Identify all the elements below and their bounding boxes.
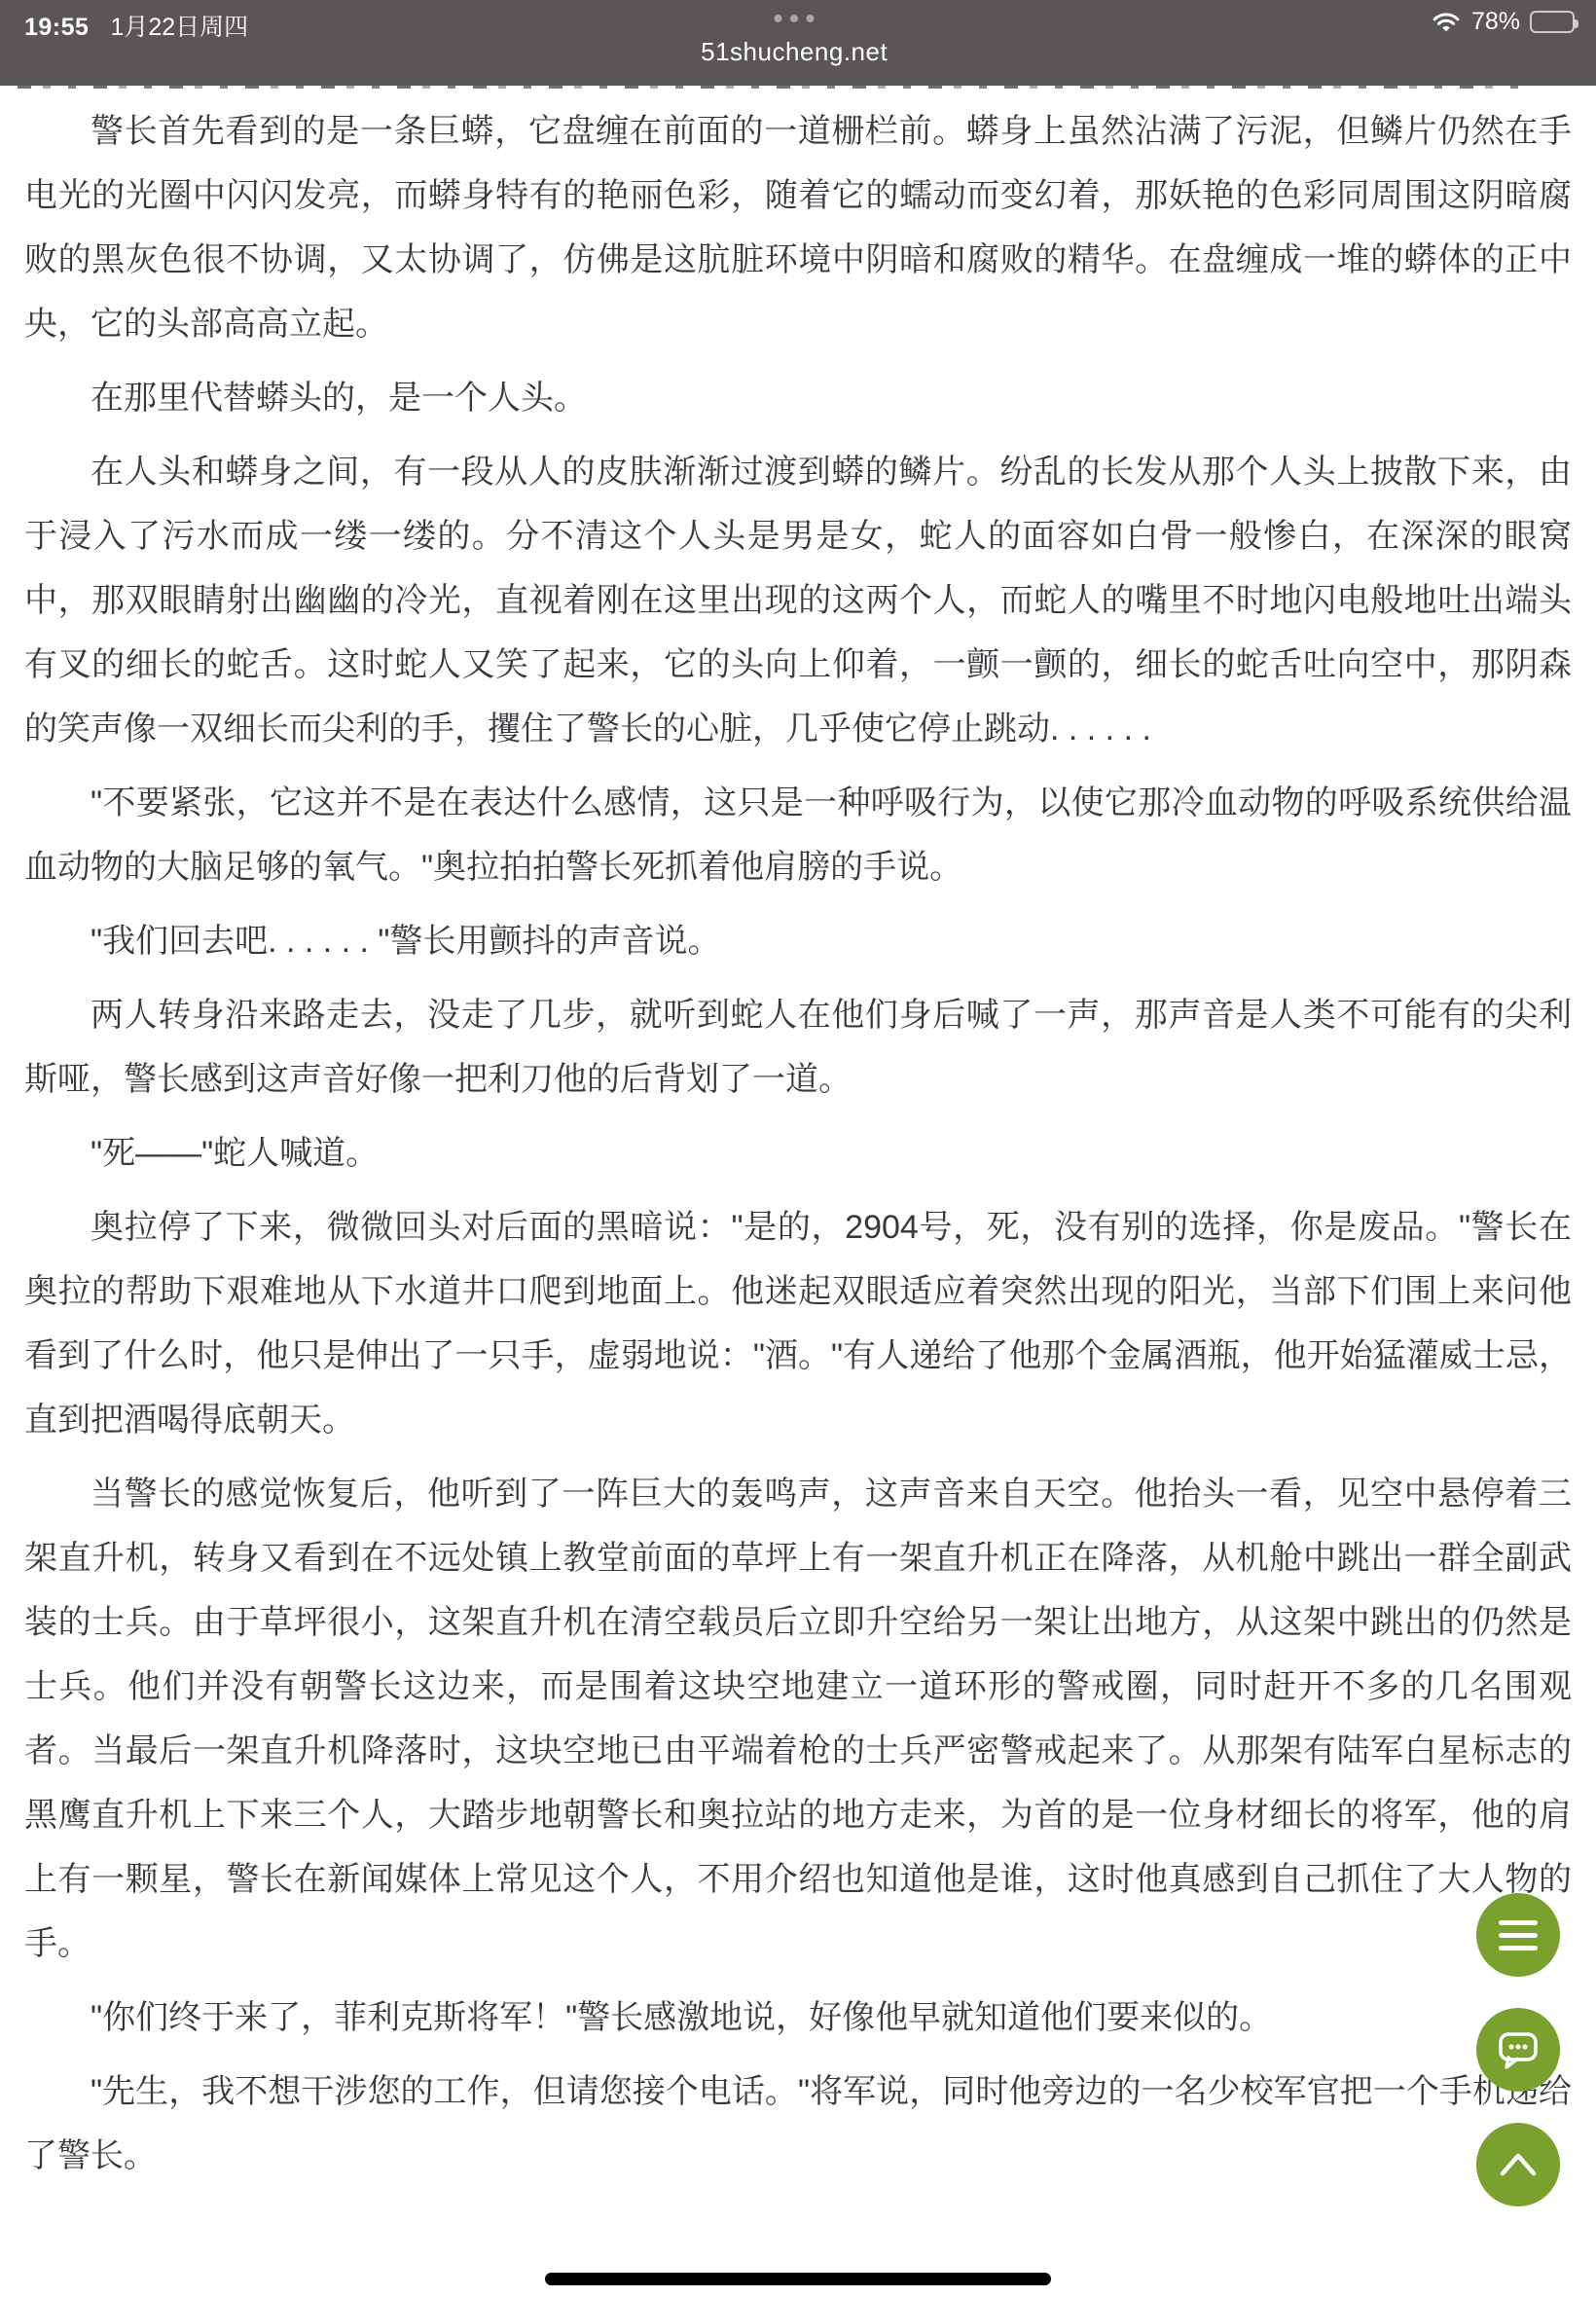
- battery-nub: [1575, 19, 1578, 28]
- paragraph: 两人转身沿来路走去，没走了几步，就听到蛇人在他们身后喊了一声，那声音是人类不可能…: [24, 983, 1572, 1112]
- fab-comment-button[interactable]: [1476, 2008, 1560, 2092]
- battery-icon: [1530, 11, 1575, 33]
- menu-icon: [1499, 1920, 1538, 1951]
- status-row: 19:55 1月22日周四 ••• 78%: [0, 6, 1596, 35]
- reader-content: 警长首先看到的是一条巨蟒，它盘缠在前面的一道栅栏前。蟒身上虽然沾满了污泥，但鳞片…: [0, 86, 1596, 2198]
- paragraph: 在那里代替蟒头的，是一个人头。: [24, 366, 1572, 430]
- time-date: 19:55 1月22日周四: [24, 8, 248, 43]
- url-site-title[interactable]: 51shucheng.net: [701, 37, 888, 67]
- paragraph: "不要紧张，它这并不是在表达什么感情，这只是一种呼吸行为，以使它那冷血动物的呼吸…: [24, 771, 1572, 899]
- battery-percent: 78%: [1471, 8, 1520, 36]
- comment-icon: [1495, 2027, 1542, 2072]
- status-overlay: 19:55 1月22日周四 ••• 78% 51shucheng.net: [0, 0, 1596, 86]
- home-indicator[interactable]: [545, 2273, 1051, 2285]
- fab-menu-button[interactable]: [1476, 1893, 1560, 1977]
- status-right-cluster: 78%: [1431, 8, 1575, 36]
- paragraph: 当警长的感觉恢复后，他听到了一阵巨大的轰鸣声，这声音来自天空。他抬头一看，见空中…: [24, 1462, 1572, 1976]
- fab-scroll-top-button[interactable]: [1476, 2123, 1560, 2206]
- chevron-up-icon: [1495, 2148, 1542, 2181]
- multitask-dots-icon[interactable]: •••: [773, 10, 821, 29]
- clock-date: 1月22日周四: [110, 8, 248, 43]
- paragraph: "我们回去吧. . . . . . "警长用颤抖的声音说。: [24, 909, 1572, 973]
- wifi-icon: [1431, 11, 1462, 34]
- clock-time: 19:55: [24, 14, 89, 42]
- paragraph: "你们终于来了，菲利克斯将军！"警长感激地说，好像他早就知道他们要来似的。: [24, 1986, 1572, 2050]
- paragraph: "先生，我不想干涉您的工作，但请您接个电话。"将军说，同时他旁边的一名少校军官把…: [24, 2060, 1572, 2188]
- paragraph: 在人头和蟒身之间，有一段从人的皮肤渐渐过渡到蟒的鳞片。纷乱的长发从那个人头上披散…: [24, 440, 1572, 761]
- paragraph: 警长首先看到的是一条巨蟒，它盘缠在前面的一道栅栏前。蟒身上虽然沾满了污泥，但鳞片…: [24, 99, 1572, 356]
- paragraph: "死——"蛇人喊道。: [24, 1121, 1572, 1185]
- paragraph: 奥拉停了下来，微微回头对后面的黑暗说："是的，2904号，死，没有别的选择，你是…: [24, 1195, 1572, 1452]
